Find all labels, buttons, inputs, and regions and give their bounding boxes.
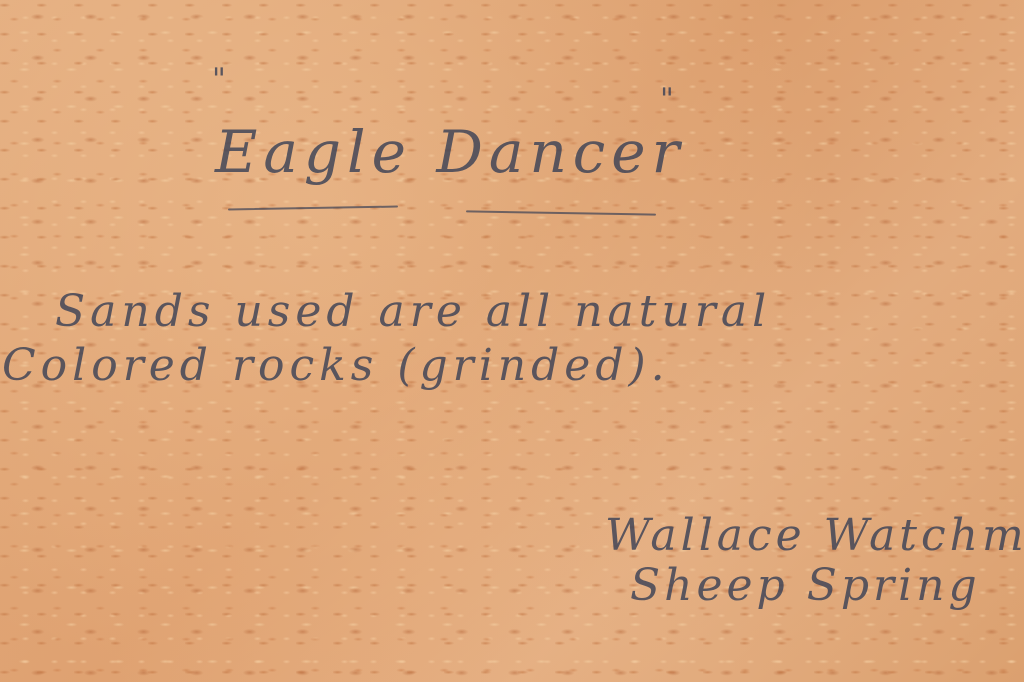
particle-board-photo: " Eagle Dancer " Sands used are all natu… xyxy=(0,0,1024,682)
note-line-2: Colored rocks (grinded). xyxy=(2,340,670,391)
title-underline xyxy=(466,210,656,215)
open-quote-mark: " xyxy=(212,62,228,97)
note-line-1: Sands used are all natural xyxy=(55,286,771,337)
artwork-title: Eagle Dancer xyxy=(215,118,685,186)
title-underline xyxy=(228,206,398,211)
artist-location: Sheep Spring xyxy=(630,560,981,611)
close-quote-mark: " xyxy=(660,82,676,117)
artist-signature: Wallace Watchm xyxy=(605,510,1024,561)
